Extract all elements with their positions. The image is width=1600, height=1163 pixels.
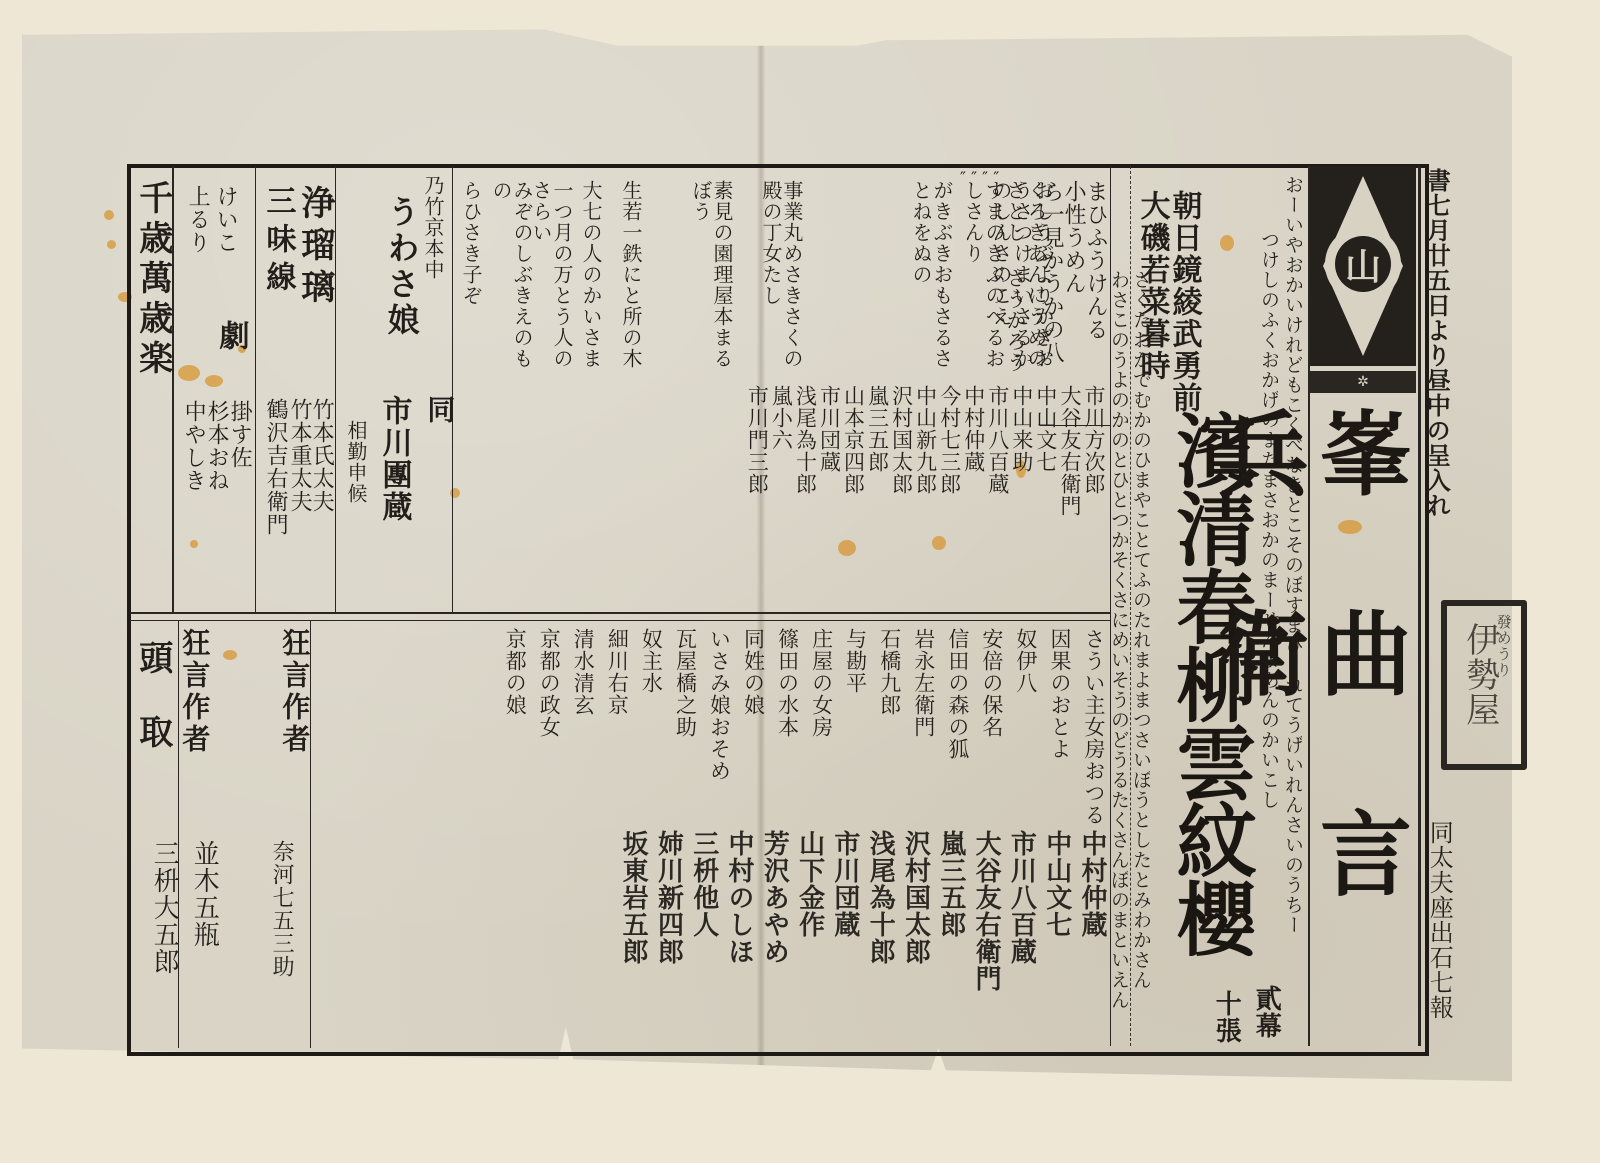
cast-name: 坂東岩五郎 <box>619 830 646 1045</box>
cast-name: 浅尾為十郎 <box>866 830 893 1045</box>
cast-name: 市川八百蔵 <box>987 385 1009 610</box>
role-name: 京都の政女 <box>538 628 560 828</box>
panel-divider <box>130 612 1110 614</box>
synopsis-text: みぞのしぶきえのもの <box>490 180 532 380</box>
role-name: 岩永左衛門 <box>913 628 935 828</box>
publisher-imprint: 同太夫座出石七報 <box>1426 820 1451 1020</box>
author-name: 奈河七五三助 <box>270 840 293 978</box>
panel-divider <box>130 620 1110 621</box>
tayu-name: 竹本重太夫 <box>288 398 311 513</box>
role-name: 与勘平 <box>845 628 867 828</box>
author-name: 並木五瓶 <box>190 840 217 948</box>
theater-title: 峯 曲 言 兵 衛 <box>1316 406 1410 1046</box>
cast-name: 市川八百蔵 <box>1007 830 1034 1045</box>
role-name: 篠田の水本 <box>777 628 799 828</box>
column-rule <box>335 166 336 612</box>
lyrics-label: 上るり <box>186 185 209 254</box>
cast-name: 嵐三五郎 <box>867 385 889 610</box>
joruri-label: 浄瑠璃 <box>296 185 332 311</box>
cast-name: 大谷友右衛門 <box>1059 385 1081 610</box>
kyogen-mark: 劇 <box>215 320 247 351</box>
singer-name: 掛す佐 <box>228 400 251 469</box>
play-subtitle: 朝日鏡綾武勇前 <box>1168 190 1200 414</box>
kyogen-title: うわさ娘 <box>384 195 418 339</box>
cast-name: 市川團蔵 <box>378 395 410 523</box>
synopsis-right: わさこのうよのかのとひとつかそくさにめいそうのどうるたくさんぼのまといえん <box>1108 270 1128 1030</box>
cast-name: 沢村国太郎 <box>891 385 913 610</box>
cast-name: 大谷友右衛門 <box>972 830 999 1045</box>
kyogen-note: 乃竹京本中 <box>422 175 443 280</box>
act-label: 貳幕 <box>1252 985 1279 1039</box>
crest-circle: 山 <box>1325 226 1401 302</box>
synopsis-text: 大七の人のかいさま <box>580 180 601 380</box>
role-name: 庄屋の女房 <box>811 628 833 828</box>
role-name: 細川右京 <box>606 628 628 828</box>
quote-marks: ″ ″ ″ ″ <box>960 168 999 187</box>
role-name: 安倍の保名 <box>981 628 1003 828</box>
cast-name: 浅尾為十郎 <box>794 385 816 610</box>
role-name: 信田の森の狐 <box>947 628 969 828</box>
synopsis-text: 生若一鉄にと所の木 <box>620 180 641 380</box>
cast-list-upper: 市川方次郎 大谷友右衛門 中山文七 中山来助 市川八百蔵 中村仲蔵 今村七三郎 … <box>455 385 1105 610</box>
synopsis-text: らひさき子ぞ <box>460 180 481 380</box>
tayu-name: 竹本氏太夫 <box>310 398 333 513</box>
cast-name: 中山新九郎 <box>915 385 937 610</box>
frame-title: 千歳萬歳楽 <box>134 180 170 380</box>
role-name: 奴主水 <box>640 628 662 828</box>
shamisen-label: 三味線 <box>262 185 294 299</box>
role-text: まひふうけんる <box>1084 180 1107 341</box>
column-rule <box>255 166 256 612</box>
cast-note: 相勤申候 <box>345 420 366 504</box>
role-text: ら一見かうかの八 <box>1040 180 1063 364</box>
date-line: 書七月廿五日より昼中の呈入れ <box>1424 168 1449 518</box>
synopsis-text: 事業丸めさきさくの殿の丁女たし <box>760 180 802 380</box>
foxing-stain <box>104 210 114 220</box>
cast-name: 姉川新四郎 <box>654 830 681 1045</box>
role-name: いさみ娘おそめ <box>708 628 730 828</box>
shamisen-player: 鶴沢吉右衛門 <box>264 398 287 536</box>
role-name: 奴伊八 <box>1015 628 1037 828</box>
column-rule <box>452 166 453 612</box>
cast-name: 山下金作 <box>795 830 822 1045</box>
flower-ornament-icon: ✲ <box>1310 371 1416 393</box>
cast-name: 同 <box>425 395 454 424</box>
cast-name: 中山文七 <box>1035 385 1057 610</box>
cast-name: 芳沢あやめ <box>760 830 787 1045</box>
cast-name: 市川団蔵 <box>831 830 858 1045</box>
singer-name: 中やしき <box>182 400 205 492</box>
leaves-label: 十張 <box>1212 990 1239 1044</box>
cast-name: 市川方次郎 <box>1083 385 1105 610</box>
publisher-seal: 發めうり 伊勢屋 <box>1441 600 1527 770</box>
cast-name: 中村仲蔵 <box>1078 830 1105 1045</box>
synopsis-text: がきぶきおもさるさとねをぬの <box>910 180 952 380</box>
synopsis-text: 一つ月の万とう人のさらい <box>530 180 572 380</box>
cast-name: 中村のしほ <box>725 830 752 1045</box>
role-name: 清水清玄 <box>572 628 594 828</box>
column-rule <box>1418 166 1421 1046</box>
cast-name: 三枡他人 <box>689 830 716 1045</box>
cast-name: 中山来助 <box>1011 385 1033 610</box>
cast-name: 嵐三五郎 <box>937 830 964 1045</box>
author-name: 三枡大五郎 <box>150 840 177 975</box>
head-label: 頭取 <box>134 640 170 788</box>
role-name: 石橋九郎 <box>879 628 901 828</box>
kyogen-author-label: 狂言作者 <box>280 628 309 756</box>
lyrics-label: けいこ <box>214 185 237 254</box>
cast-name: 嵐小六 <box>770 385 792 610</box>
role-name: 京都の娘 <box>504 628 526 828</box>
cast-name: 中村仲蔵 <box>963 385 985 610</box>
synopsis-text: くろきあんにうめのさとし さうかろうすまのきぶのへるおしさんり <box>962 180 1046 380</box>
cast-name: 中山文七 <box>1042 830 1069 1045</box>
synopsis-right: さくたおかでむかのひまやことてふのたれまよまつさいぼうとしたとみわかさん <box>1130 270 1150 1030</box>
role-list: さうい主女房おつる 因果のおとよ 奴伊八 安倍の保名 信田の森の狐 岩永左衛門 … <box>315 628 1105 828</box>
cast-name: 市川門三郎 <box>746 385 768 610</box>
role-name: 因果のおとよ <box>1049 628 1071 828</box>
kyogen-author-label: 狂言作者 <box>180 628 209 756</box>
title-band: 山 ✲ 峯 曲 言 兵 衛 <box>1310 166 1416 1046</box>
mountain-crest-icon: 山 <box>1335 236 1391 292</box>
role-text: 小性うめん <box>1062 180 1085 295</box>
cast-name: 沢村国太郎 <box>901 830 928 1045</box>
role-name: さうい主女房おつる <box>1083 628 1105 828</box>
singer-name: 杉本おね <box>205 400 228 492</box>
cast-name: 市川団蔵 <box>818 385 840 610</box>
cast-list-lower: 中村仲蔵 中山文七 市川八百蔵 大谷友右衛門 嵐三五郎 沢村国太郎 浅尾為十郎 … <box>315 830 1105 1045</box>
synopsis-text: 素見の園理屋本まるぼう <box>690 180 732 380</box>
seal-text: 伊勢屋 <box>1461 622 1497 727</box>
foxing-stain <box>107 240 116 249</box>
crest-block: 山 <box>1310 166 1416 366</box>
role-name: 同姓の娘 <box>742 628 764 828</box>
cast-name: 山本京四郎 <box>842 385 864 610</box>
role-name: 瓦屋橋之助 <box>674 628 696 828</box>
cast-name: 今村七三郎 <box>939 385 961 610</box>
